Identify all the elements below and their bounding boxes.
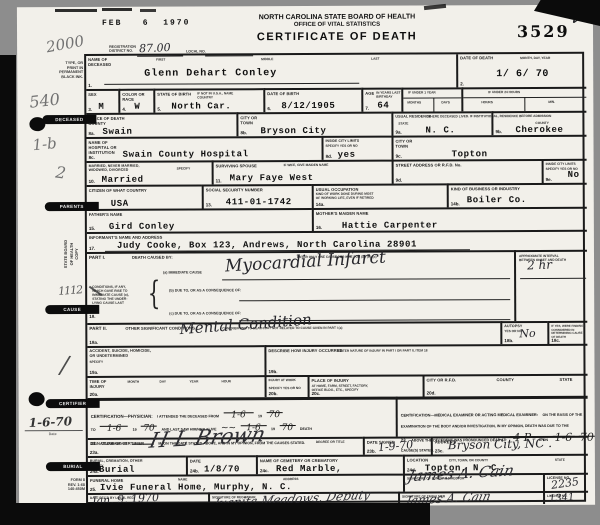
hw-interval-value: 2 hr — [527, 258, 552, 271]
margin-date-caption: Date — [49, 432, 57, 437]
field-birth-state: STATE OF BIRTH IF NOT IN U.S.A., NAME CO… — [153, 88, 263, 112]
margin-date-underline — [25, 430, 83, 431]
margin-date-note: 1-6-70 — [29, 415, 73, 429]
hw-license-2: 1341 — [549, 493, 575, 505]
decedent-name-value: Glenn Dehart Conley — [144, 69, 277, 80]
form-number: FORM 8 REV. 1-68 140-450M — [45, 478, 85, 492]
tab-deceased: DECEASED — [42, 115, 96, 124]
field-informant: INFORMANT'S NAME AND ADDRESS 17. Judy Co… — [87, 230, 587, 252]
death-date-value: 1/ 6/ 70 — [496, 70, 549, 80]
received-date-stamp: FEB 6 1970 — [102, 20, 190, 28]
tab-parents: PARENTS — [45, 202, 99, 211]
field-father-name: FATHER'S NAME 15. Gird Conley — [87, 208, 312, 232]
scanned-death-certificate: FEB 6 1970 2000 REGISTRATION DISTRICT NO… — [0, 0, 600, 525]
field-hospital: NAME OF HOSPITAL OR INSTITUTION 8c. Swai… — [86, 136, 321, 161]
tab-burial: BURIAL — [46, 462, 100, 471]
hw-date-signed: 1-9-70 — [377, 439, 413, 453]
margin-note-540: 540 — [29, 92, 61, 111]
certificate-paper: FEB 6 1970 2000 REGISTRATION DISTRICT NO… — [17, 5, 595, 508]
header-block: NORTH CAROLINA STATE BOARD OF HEALTH OFF… — [197, 13, 477, 45]
field-under-24: IF UNDER 24 HOURS HOURS MIN. — [461, 87, 586, 112]
burial-type-cell: BURIAL, CREMATION, OTHER SPECIFY 24a. Bu… — [88, 456, 186, 475]
injury-city-county-state: CITY OR R.F.D. COUNTY STATE 20d. — [423, 374, 588, 397]
injury-at-work: INJURY AT WORK SPECIFY YES OR NO 20b. — [265, 375, 308, 397]
field-citizen: CITIZEN OF WHAT COUNTRY 12. USA — [87, 184, 202, 209]
field-street-address: STREET ADDRESS OR R.F.D. No. 9d. — [392, 159, 542, 184]
hole-punch-top — [29, 117, 45, 131]
tab-certifier: CERTIFIER — [46, 399, 100, 408]
field-industry: KIND OF BUSINESS OR INDUSTRY 14b. Boiler… — [447, 183, 587, 208]
certificate-title: CERTIFICATE OF DEATH — [197, 29, 477, 45]
field-ssn: SOCIAL SECURITY NUMBER 13. 411-01-1742 — [202, 184, 312, 208]
field-sex: SEX3. M — [86, 89, 118, 113]
hole-punch-bottom — [29, 392, 45, 406]
margin-note-2: 2 — [55, 164, 67, 181]
field-age: AGE IN YEARS LAST BIRTHDAY 7. 64 — [361, 88, 401, 112]
certificate-form: NAME OF DECEASED FIRST MIDDLE LAST 1. Gl… — [84, 52, 586, 504]
hw-address: Bryson City, NC . — [448, 437, 552, 451]
field-pod-city: CITY OR TOWN 8b. Bryson City — [236, 112, 391, 137]
conditions-brace: { — [148, 278, 161, 310]
scan-artifact-dash-3 — [140, 9, 156, 12]
field-inside-limits-1: INSIDE CITY LIMITS SPECIFY YES OR NO 8d.… — [321, 136, 391, 160]
margin-note-2000: 2000 — [45, 34, 85, 56]
field-occupation: USUAL OCCUPATION KIND OF WORK DONE DURIN… — [312, 183, 447, 208]
margin-note-1b: 1-b — [32, 136, 57, 153]
field-res-county: COUNTY 9b. Cherokee — [491, 111, 586, 135]
field-race: COLOR OR RACE4. W — [118, 89, 153, 113]
certification-examiner: CERTIFICATION—MEDICAL EXAMINER OR ACTING… — [396, 396, 588, 437]
burial-date-cell: DATE 24b. 1/8/70 — [186, 455, 256, 474]
certificate-number: 3529 — [517, 24, 570, 40]
field-name: NAME OF DECEASED FIRST MIDDLE LAST 1. Gl… — [86, 54, 456, 89]
field-marital: MARRIED, NEVER MARRIED, WIDOWED, DIVORCE… — [87, 160, 212, 185]
ink-instruction: TYPE, OR PRINT IN PERMANENT BLACK INK. — [37, 61, 83, 80]
field-under-one: IF UNDER 1 YEAR MONTHS DAYS — [401, 87, 461, 111]
injury-time: TIME OF INJURY MONTH DAY YEAR HOUR 20a. — [88, 375, 265, 398]
scan-artifact-dash-1 — [55, 9, 97, 12]
field-inside-limits-2: INSIDE CITY LIMITS SPECIFY YES OR NO 9e.… — [542, 159, 587, 183]
hw-autopsy-value: No — [519, 328, 536, 340]
field-mother-name: MOTHER'S MAIDEN NAME 16. Hattie Carpente… — [312, 207, 587, 231]
tab-cause: CAUSE — [45, 305, 99, 314]
field-death-date: DATE OF DEATH MONTH, DAY, YEAR 2. 1/ 6/ … — [456, 54, 586, 88]
scan-artifact-dash-2 — [102, 8, 132, 11]
field-spouse: SURVIVING SPOUSE IF WIFE, GIVE MAIDEN NA… — [212, 160, 392, 185]
field-res-state: USUAL RESIDENCE WHERE DECEASED LIVED. IF… — [391, 111, 491, 135]
cemetery-cell: NAME OF CEMETERY OR CREMATORY 24c. Red M… — [256, 455, 403, 475]
injury-place: PLACE OF INJURY AT HOME, FARM, STREET, F… — [308, 374, 423, 397]
field-pod-county: PLACE OF DEATH COUNTY 8a. Swain — [86, 112, 236, 137]
field-res-city: CITY OR TOWN 9c. Topton — [391, 135, 586, 160]
registration-district-value: 87.00 — [139, 42, 171, 54]
scan-edge-bottom — [0, 503, 430, 525]
margin-tally-note: 1112 — [58, 284, 83, 297]
cause-findings: IF YES, WERE FINDINGS CONSIDERED IN DETE… — [547, 321, 587, 344]
field-birth-date: DATE OF BIRTH6. 8/12/1905 — [263, 88, 361, 112]
registration-district-label: REGISTRATION DISTRICT NO. — [109, 45, 136, 54]
injury-manner: ACCIDENT, SUICIDE, HOMICIDE, OR UNDETERM… — [87, 345, 264, 376]
injury-how: DESCRIBE HOW INJURY OCCURRED ENTER NATUR… — [264, 344, 587, 375]
margin-slash-note: / — [60, 353, 70, 377]
scan-edge-left — [0, 55, 16, 525]
